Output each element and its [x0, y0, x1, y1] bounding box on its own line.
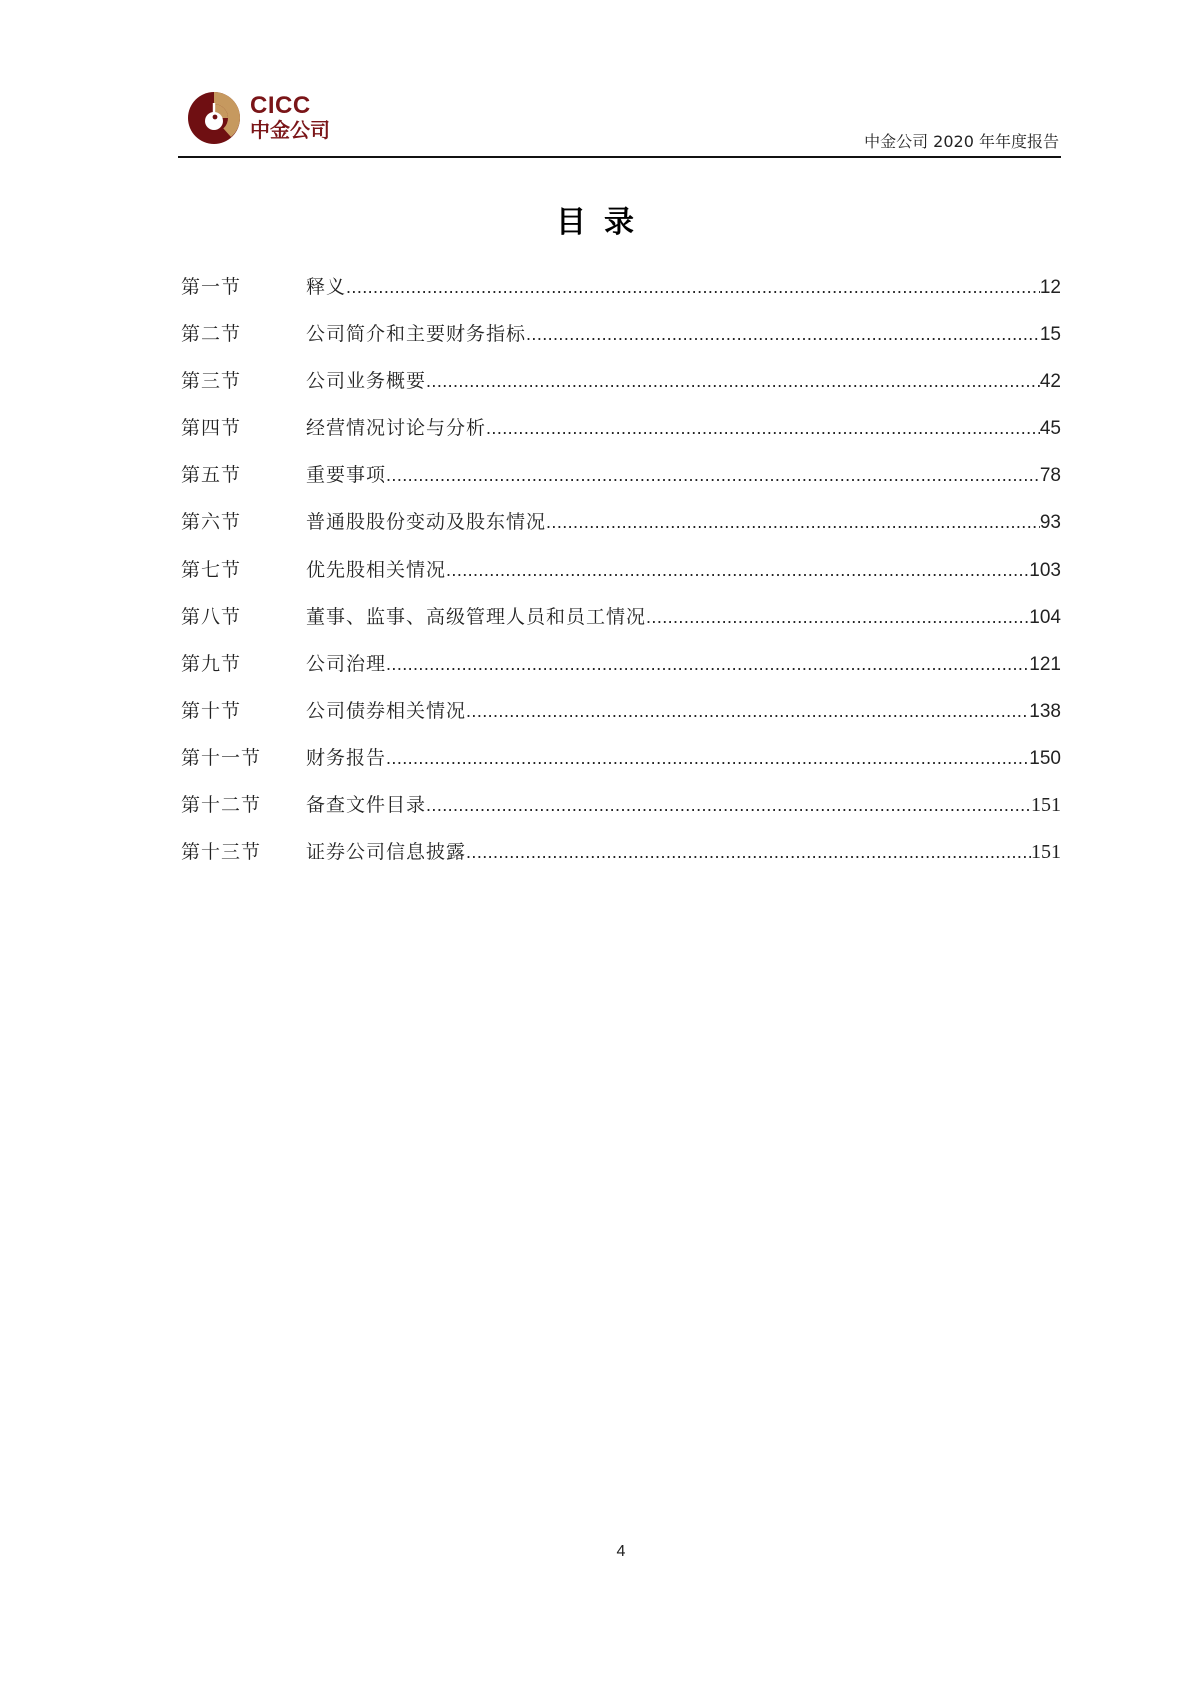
toc-entry-title: 董事、监事、高级管理人员和员工情况 [306, 602, 646, 632]
toc-entry-title: 公司债券相关情况 [306, 696, 466, 726]
toc-entry-link[interactable]: 普通股股份变动及股东情况 93 [306, 507, 1061, 538]
toc-page-number: 45 [1040, 414, 1061, 444]
table-of-contents: 第一节 释义 12 第二节 公司简介和主要财务指标 15 第三节 公司业务概要 … [181, 272, 1061, 884]
toc-heading: 目录 [0, 203, 1190, 243]
cicc-logo-mark-icon [187, 91, 241, 145]
toc-dot-leader [426, 790, 1031, 820]
toc-row[interactable]: 第六节 普通股股份变动及股东情况 93 [181, 507, 1061, 554]
toc-page-number: 93 [1040, 508, 1061, 538]
toc-section-label: 第三节 [181, 366, 306, 396]
logo-text-en: CICC [250, 94, 311, 118]
toc-entry-title: 释义 [306, 272, 346, 302]
toc-row[interactable]: 第十三节 证券公司信息披露 151 [181, 837, 1061, 884]
toc-row[interactable]: 第三节 公司业务概要 42 [181, 366, 1061, 413]
toc-row[interactable]: 第八节 董事、监事、高级管理人员和员工情况 104 [181, 602, 1061, 649]
toc-entry-title: 证券公司信息披露 [306, 837, 466, 867]
toc-dot-leader [466, 696, 1029, 726]
cicc-logo: CICC 中金公司 [187, 91, 347, 147]
toc-entry-title: 经营情况讨论与分析 [306, 413, 486, 443]
toc-entry-link[interactable]: 公司债券相关情况 138 [306, 696, 1061, 727]
toc-dot-leader [526, 319, 1040, 349]
toc-section-label: 第七节 [181, 555, 306, 585]
toc-section-label: 第十一节 [181, 743, 306, 773]
toc-dot-leader [646, 602, 1029, 632]
toc-entry-link[interactable]: 经营情况讨论与分析 45 [306, 413, 1061, 444]
toc-row[interactable]: 第十二节 备查文件目录 151 [181, 790, 1061, 837]
toc-page-number: 121 [1029, 650, 1061, 680]
toc-dot-leader [346, 272, 1040, 302]
toc-row[interactable]: 第十一节 财务报告 150 [181, 743, 1061, 790]
toc-page-number: 15 [1040, 320, 1061, 350]
toc-section-label: 第十三节 [181, 837, 306, 867]
toc-entry-link[interactable]: 公司治理 121 [306, 649, 1061, 680]
toc-row[interactable]: 第二节 公司简介和主要财务指标 15 [181, 319, 1061, 366]
toc-page-number: 151 [1031, 837, 1061, 867]
report-title: 中金公司 2020 年年度报告 [864, 132, 1059, 152]
page-number: 4 [0, 1543, 1190, 1561]
toc-entry-link[interactable]: 优先股相关情况 103 [306, 555, 1061, 586]
toc-heading-char-2: 录 [604, 205, 634, 240]
toc-dot-leader [486, 413, 1040, 443]
toc-row[interactable]: 第七节 优先股相关情况 103 [181, 555, 1061, 602]
toc-section-label: 第十二节 [181, 790, 306, 820]
toc-entry-link[interactable]: 公司业务概要 42 [306, 366, 1061, 397]
toc-page-number: 78 [1040, 461, 1061, 491]
toc-entry-link[interactable]: 重要事项 78 [306, 460, 1061, 491]
toc-row[interactable]: 第一节 释义 12 [181, 272, 1061, 319]
toc-entry-link[interactable]: 释义 12 [306, 272, 1061, 303]
toc-entry-link[interactable]: 备查文件目录 151 [306, 790, 1061, 820]
toc-entry-link[interactable]: 董事、监事、高级管理人员和员工情况 104 [306, 602, 1061, 633]
toc-entry-title: 优先股相关情况 [306, 555, 446, 585]
toc-dot-leader [426, 366, 1040, 396]
toc-section-label: 第五节 [181, 460, 306, 490]
toc-page-number: 12 [1040, 273, 1061, 303]
toc-entry-title: 公司治理 [306, 649, 386, 679]
toc-section-label: 第四节 [181, 413, 306, 443]
toc-entry-title: 普通股股份变动及股东情况 [306, 507, 546, 537]
toc-page-number: 103 [1029, 556, 1061, 586]
toc-page-number: 150 [1029, 744, 1061, 774]
toc-page-number: 138 [1029, 697, 1061, 727]
toc-dot-leader [386, 649, 1029, 679]
toc-row[interactable]: 第九节 公司治理 121 [181, 649, 1061, 696]
toc-dot-leader [386, 743, 1029, 773]
toc-section-label: 第八节 [181, 602, 306, 632]
logo-text-cn: 中金公司 [250, 119, 330, 141]
toc-section-label: 第九节 [181, 649, 306, 679]
toc-entry-title: 公司业务概要 [306, 366, 426, 396]
toc-dot-leader [446, 555, 1029, 585]
toc-dot-leader [546, 507, 1040, 537]
toc-entry-title: 重要事项 [306, 460, 386, 490]
page-header: CICC 中金公司 中金公司 2020 年年度报告 [178, 84, 1061, 158]
toc-page-number: 42 [1040, 367, 1061, 397]
toc-entry-link[interactable]: 财务报告 150 [306, 743, 1061, 774]
toc-entry-title: 财务报告 [306, 743, 386, 773]
header-divider [178, 156, 1061, 158]
toc-page-number: 104 [1029, 603, 1061, 633]
toc-row[interactable]: 第五节 重要事项 78 [181, 460, 1061, 507]
toc-section-label: 第二节 [181, 319, 306, 349]
toc-entry-title: 公司简介和主要财务指标 [306, 319, 526, 349]
toc-heading-char-1: 目 [556, 205, 586, 240]
toc-entry-link[interactable]: 证券公司信息披露 151 [306, 837, 1061, 867]
toc-section-label: 第六节 [181, 507, 306, 537]
toc-row[interactable]: 第十节 公司债券相关情况 138 [181, 696, 1061, 743]
toc-section-label: 第一节 [181, 272, 306, 302]
toc-row[interactable]: 第四节 经营情况讨论与分析 45 [181, 413, 1061, 460]
toc-page-number: 151 [1031, 790, 1061, 820]
toc-dot-leader [466, 837, 1031, 867]
toc-entry-title: 备查文件目录 [306, 790, 426, 820]
toc-entry-link[interactable]: 公司简介和主要财务指标 15 [306, 319, 1061, 350]
toc-section-label: 第十节 [181, 696, 306, 726]
toc-dot-leader [386, 460, 1040, 490]
